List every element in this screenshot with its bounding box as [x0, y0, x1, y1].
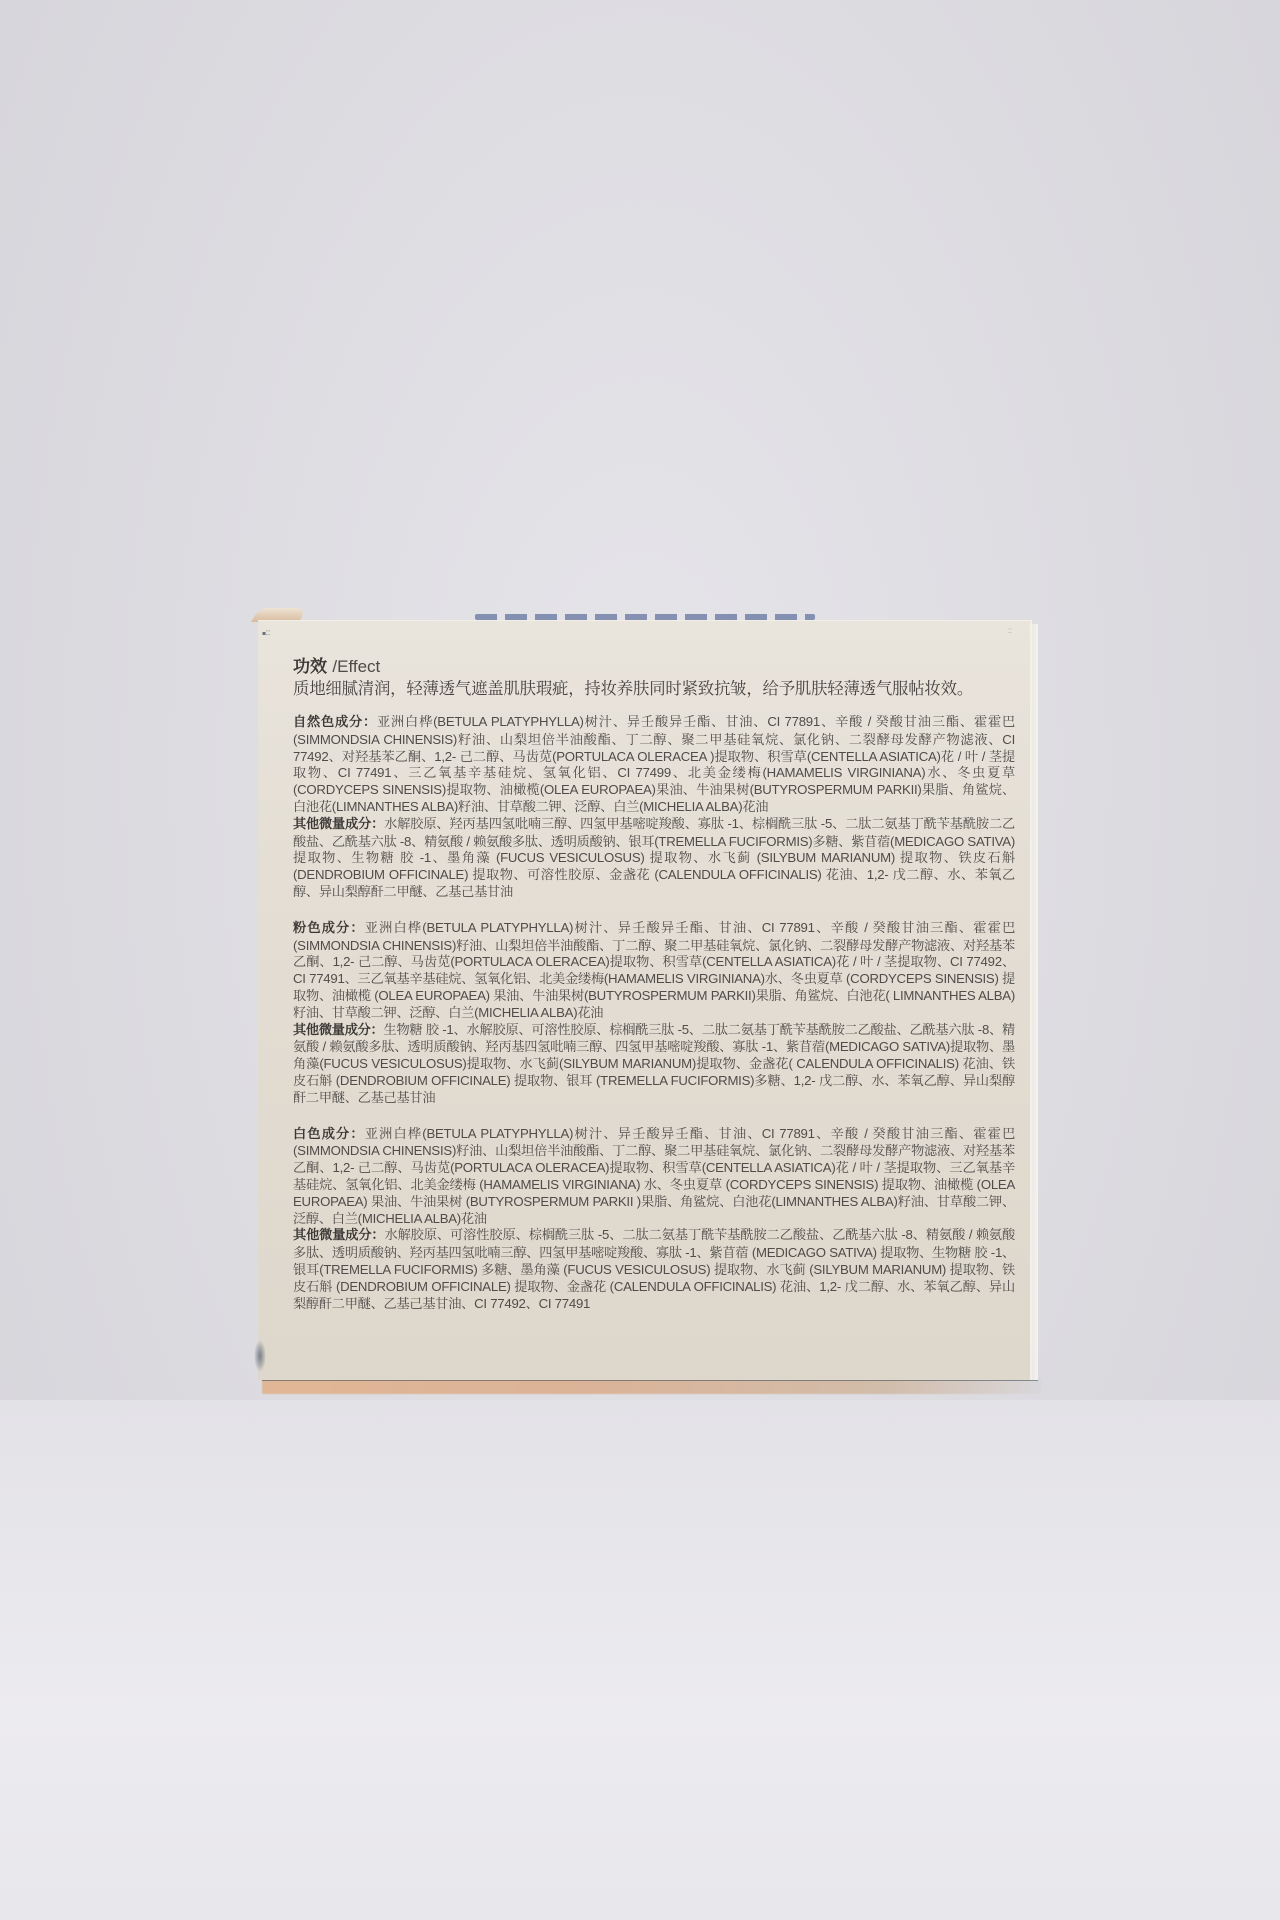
ingredients-main-label: 白色成分：	[293, 1127, 365, 1142]
section-pink-shade: 粉色成分：亚洲白桦(BETULA PLATYPHYLLA)树汁、异壬酸异壬酯、甘…	[293, 920, 1015, 1107]
corner-print-mark-right: ⁚⁚	[1008, 628, 1012, 635]
ingredient-panel: 功效 /Effect 质地细腻清润，轻薄透气遮盖肌肤瑕疵，持妆养肤同时紧致抗皱，…	[293, 656, 1015, 1312]
ingredients-minor-label: 其他微量成分：	[293, 817, 384, 832]
ingredients-main: 白色成分：亚洲白桦(BETULA PLATYPHYLLA)树汁、异壬酸异壬酯、甘…	[293, 1126, 1015, 1228]
ingredients-main-text: 亚洲白桦(BETULA PLATYPHYLLA)树汁、异壬酸异壬酯、甘油、CI …	[293, 714, 1015, 814]
ingredients-main-text: 亚洲白桦(BETULA PLATYPHYLLA)树汁、异壬酸异壬酯、甘油、CI …	[293, 920, 1015, 1020]
ingredients-main-label: 粉色成分：	[293, 921, 365, 936]
section-white-shade: 白色成分：亚洲白桦(BETULA PLATYPHYLLA)树汁、异壬酸异壬酯、甘…	[293, 1126, 1015, 1313]
ingredients-minor: 其他微量成分：生物糖 胶 -1、水解胶原、可溶性胶原、棕榈酰三肽 -5、二肽二氨…	[293, 1022, 1015, 1107]
box-corner-scuff	[254, 1340, 266, 1372]
ingredients-minor-text: 水解胶原、羟丙基四氢吡喃三醇、四氢甲基嘧啶羧酸、寡肽 -1、棕榈酰三肽 -5、二…	[293, 816, 1015, 899]
ingredients-minor: 其他微量成分：水解胶原、羟丙基四氢吡喃三醇、四氢甲基嘧啶羧酸、寡肽 -1、棕榈酰…	[293, 816, 1015, 901]
ingredients-minor-text: 水解胶原、可溶性胶原、棕榈酰三肽 -5、二肽二氨基丁酰苄基酰胺二乙酸盐、乙酰基六…	[293, 1227, 1015, 1310]
effect-heading-cn: 功效	[293, 657, 327, 677]
section-natural-shade: 自然色成分：亚洲白桦(BETULA PLATYPHYLLA)树汁、异壬酸异壬酯、…	[293, 714, 1015, 901]
ingredients-main: 粉色成分：亚洲白桦(BETULA PLATYPHYLLA)树汁、异壬酸异壬酯、甘…	[293, 920, 1015, 1022]
product-box-side-edge	[1032, 624, 1038, 1380]
ingredients-minor: 其他微量成分：水解胶原、可溶性胶原、棕榈酰三肽 -5、二肽二氨基丁酰苄基酰胺二乙…	[293, 1227, 1015, 1312]
tabletop-surface	[0, 1400, 1280, 1920]
ingredients-main-text: 亚洲白桦(BETULA PLATYPHYLLA)树汁、异壬酸异壬酯、甘油、CI …	[293, 1126, 1015, 1226]
ingredients-minor-text: 生物糖 胶 -1、水解胶原、可溶性胶原、棕榈酰三肽 -5、二肽二氨基丁酰苄基酰胺…	[293, 1022, 1015, 1105]
ingredients-main: 自然色成分：亚洲白桦(BETULA PLATYPHYLLA)树汁、异壬酸异壬酯、…	[293, 714, 1015, 816]
ingredients-main-label: 自然色成分：	[293, 715, 377, 730]
effect-description: 质地细腻清润，轻薄透气遮盖肌肤瑕疵，持妆养肤同时紧致抗皱，给予肌肤轻薄透气服帖妆…	[293, 678, 1015, 700]
ingredients-minor-label: 其他微量成分：	[293, 1023, 383, 1038]
ingredients-minor-label: 其他微量成分：	[293, 1228, 384, 1243]
effect-heading-en: /Effect	[332, 657, 380, 676]
effect-heading: 功效 /Effect	[293, 656, 1015, 678]
corner-print-mark: ▪︎⁚⁚⁚	[262, 630, 270, 637]
